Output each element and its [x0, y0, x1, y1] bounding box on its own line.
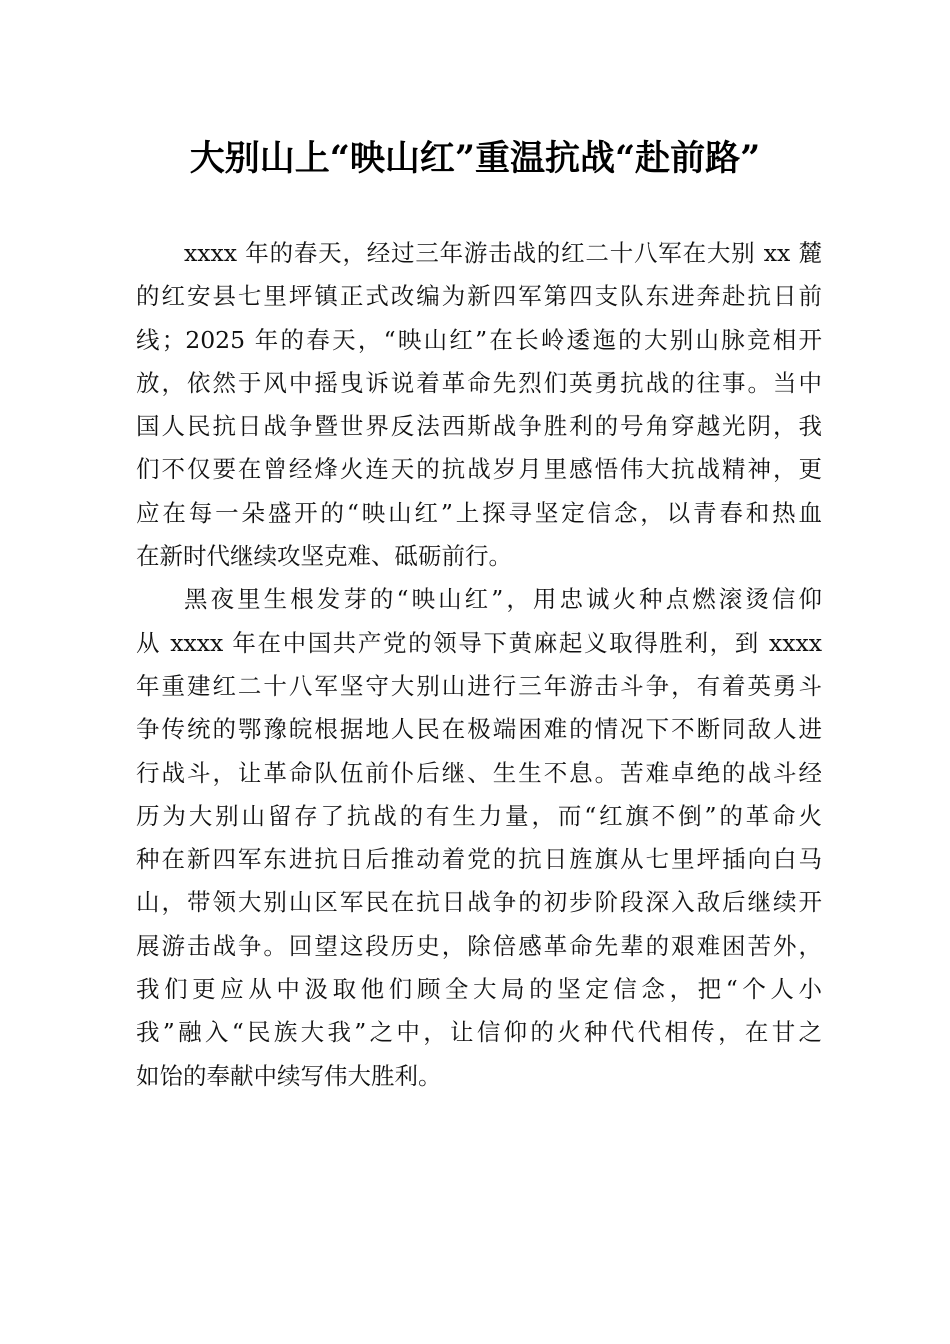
text-line: 的红安县七里坪镇正式改编为新四军第四支队东进奔赴抗日前	[136, 275, 822, 318]
text-line: 展游击战争。回望这段历史，除倍感革命先辈的艰难困苦外，	[136, 925, 822, 968]
text-line: 国人民抗日战争暨世界反法西斯战争胜利的号角穿越光阴，我	[136, 405, 822, 448]
text-line: 我”融入“民族大我”之中，让信仰的火种代代相传，在甘之	[136, 1011, 822, 1054]
text-line: 放，依然于风中摇曳诉说着革命先烈们英勇抗战的往事。当中	[136, 362, 822, 405]
text-line: 争传统的鄂豫皖根据地人民在极端困难的情况下不断同敌人进	[136, 708, 822, 751]
paragraph-2: 黑夜里生根发芽的“映山红”，用忠诚火种点燃滚烫信仰 从 xxxx 年在中国共产党…	[136, 578, 822, 1098]
document-page: 大别山上“映山红”重温抗战“赴前路” xxxx 年的春天，经过三年游击战的红二十…	[0, 0, 950, 1344]
text-line: 在新时代继续攻坚克难、砥砺前行。	[136, 535, 822, 578]
text-line: xxxx 年的春天，经过三年游击战的红二十八军在大别 xx 麓	[136, 232, 822, 275]
paragraph-1: xxxx 年的春天，经过三年游击战的红二十八军在大别 xx 麓 的红安县七里坪镇…	[136, 232, 822, 578]
text-line: 行战斗，让革命队伍前仆后继、生生不息。苦难卓绝的战斗经	[136, 752, 822, 795]
text-line: 应在每一朵盛开的“映山红”上探寻坚定信念，以青春和热血	[136, 492, 822, 535]
text-line: 从 xxxx 年在中国共产党的领导下黄麻起义取得胜利，到 xxxx	[136, 622, 822, 665]
text-line: 如饴的奉献中续写伟大胜利。	[136, 1055, 822, 1098]
text-line: 历为大别山留存了抗战的有生力量，而“红旗不倒”的革命火	[136, 795, 822, 838]
text-line: 们不仅要在曾经烽火连天的抗战岁月里感悟伟大抗战精神，更	[136, 448, 822, 491]
text-line: 线；2025 年的春天，“映山红”在长岭逶迤的大别山脉竞相开	[136, 319, 822, 362]
text-line: 黑夜里生根发芽的“映山红”，用忠诚火种点燃滚烫信仰	[136, 578, 822, 621]
text-line: 山，带领大别山区军民在抗日战争的初步阶段深入敌后继续开	[136, 881, 822, 924]
document-body: xxxx 年的春天，经过三年游击战的红二十八军在大别 xx 麓 的红安县七里坪镇…	[136, 232, 822, 1098]
text-line: 年重建红二十八军坚守大别山进行三年游击斗争，有着英勇斗	[136, 665, 822, 708]
document-title: 大别山上“映山红”重温抗战“赴前路”	[0, 136, 950, 182]
text-line: 我们更应从中汲取他们顾全大局的坚定信念，把“个人小	[136, 968, 822, 1011]
text-line: 种在新四军东进抗日后推动着党的抗日旌旗从七里坪插向白马	[136, 838, 822, 881]
